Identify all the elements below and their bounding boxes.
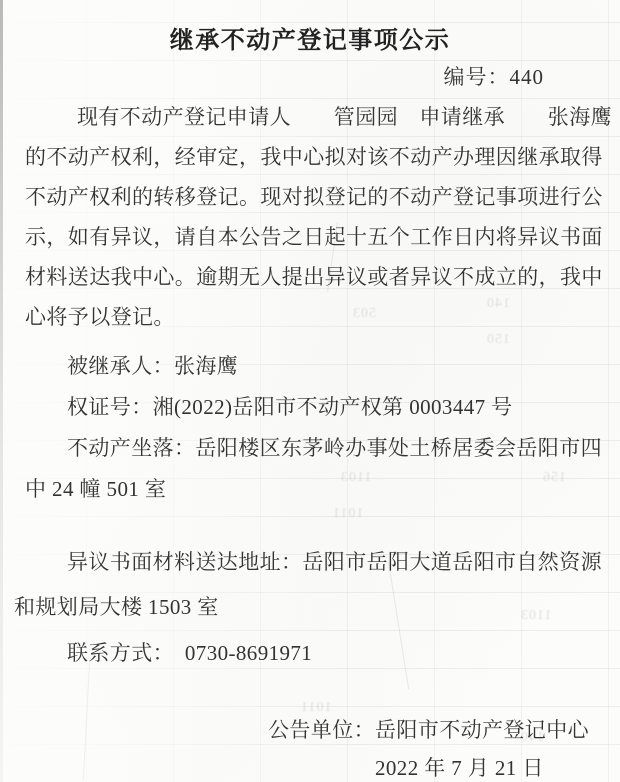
paper-crease: [83, 660, 90, 780]
paragraph-line: 现有不动产登记申请人 管园园 申请继承 张海鹰: [77, 101, 612, 131]
bleed-through-number: 1103: [520, 608, 551, 624]
footer-issuing-unit: 公告单位：岳阳市不动产登记中心: [268, 714, 589, 744]
field-certificate-number: 权证号：湘(2022)岳阳市不动产权第 0003447 号: [67, 391, 513, 421]
footer-date: 2022 年 7 月 21 日: [375, 752, 544, 782]
paragraph-line: 心将予以登记。: [25, 301, 175, 331]
bleed-through-number: 156: [542, 470, 566, 486]
bleed-through-number: 1103: [340, 470, 371, 486]
paragraph-line: 不动产权利的转移登记。现对拟登记的不动产登记事项进行公: [25, 181, 603, 211]
doc-number: 编号：440: [444, 61, 545, 91]
paragraph-line: 的不动产权利，经审定，我中心拟对该不动产办理因继承取得: [25, 141, 603, 171]
notice-title: 继承不动产登记事项公示: [0, 20, 620, 55]
bleed-through-number: 150: [486, 332, 510, 348]
scan-edge-shadow: [0, 0, 3, 782]
paper-crease: [388, 561, 409, 690]
bleed-through-number: 140: [486, 296, 510, 312]
paragraph-line: 示，如有异议，请自本公告之日起十五个工作日内将异议书面: [25, 221, 603, 251]
paragraph-line: 材料送达我中心。逾期无人提出异议或者异议不成立的，我中: [25, 261, 603, 291]
field-contact-phone: 联系方式： 0730-8691971: [67, 637, 312, 667]
field-property-location-cont: 中 24 幢 501 室: [25, 473, 166, 503]
field-property-location: 不动产坐落：岳阳楼区东茅岭办事处土桥居委会岳阳市四: [67, 432, 602, 462]
field-objection-address-cont: 和规划局大楼 1503 室: [14, 591, 219, 621]
field-objection-address: 异议书面材料送达地址：岳阳市岳阳大道岳阳市自然资源: [67, 546, 602, 576]
field-heir: 被继承人：张海鹰: [67, 350, 238, 380]
bleed-through-number: 503: [352, 306, 376, 322]
scanned-notice-page: 140 150 503 1103 1011 156 1103 1011 140 …: [0, 0, 620, 782]
bleed-through-number: 1011: [332, 506, 363, 522]
